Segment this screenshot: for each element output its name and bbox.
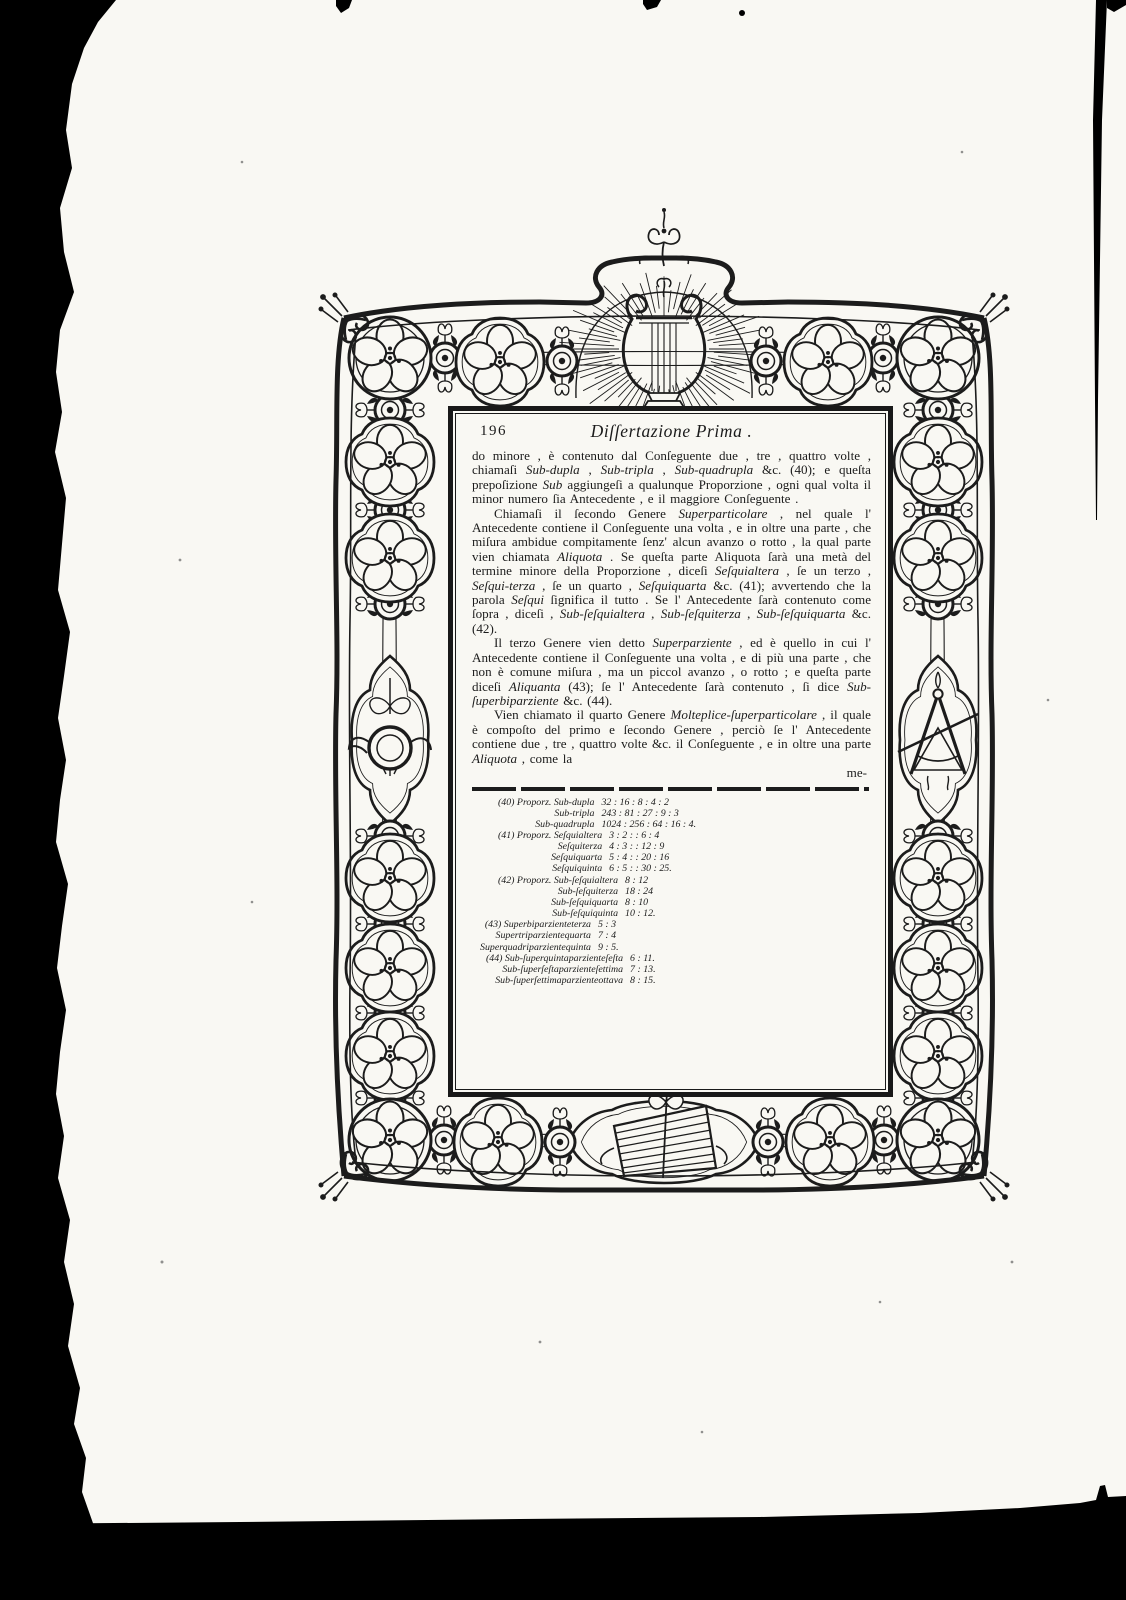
text-run: Il terzo Genere vien detto (494, 635, 652, 650)
italic-term: Sub-ſeſquialtera (560, 606, 645, 621)
top-right-mark (1107, 0, 1126, 12)
footnote-term: Seſquiquarta (498, 852, 602, 863)
footnote-ratio: 7 : 13. (630, 964, 656, 975)
footnote-block: (40) Proporz. Sub-dupla32 : 16 : 8 : 4 :… (498, 797, 871, 830)
text-run: , (654, 462, 675, 477)
footnote-ratio: 4 : 3 : : 12 : 9 (609, 841, 672, 852)
footnote-term: Supertriparzientequarta (480, 930, 591, 941)
italic-term: Sub-dupla (526, 462, 580, 477)
footnote-term: (44) Sub-ſuperquintaparzienteſeſta (486, 953, 623, 964)
text-run: , ſe un quarto , (535, 578, 638, 593)
text-run: &c. (44). (559, 693, 613, 708)
footnote-ratio: 5 : 3 (598, 919, 619, 930)
footnote-term: (40) Proporz. Sub-dupla (498, 797, 594, 808)
top-speck-1 (336, 0, 352, 13)
footnote-term: Sub-ſeſquiquinta (498, 908, 618, 919)
footnote-term: Sub-quadrupla (498, 819, 594, 830)
italic-term: Sub (543, 477, 563, 492)
italic-term: Molteplice-ſuperparticolare (670, 707, 816, 722)
footnotes: (40) Proporz. Sub-dupla32 : 16 : 8 : 4 :… (472, 797, 871, 987)
torn-left-edge (0, 0, 116, 1526)
text-run: (43); ſe l' Antecedente ſarà contenuto ,… (560, 679, 847, 694)
footnote-term: Superquadriparzientequinta (480, 942, 591, 953)
text-run: , ſe un terzo , (779, 563, 871, 578)
footnote-term: Sub-ſuperſeſtaparzienteſettima (486, 964, 623, 975)
italic-term: Sub-quadrupla (675, 462, 754, 477)
text-run: Vien chiamato il quarto Genere (494, 707, 670, 722)
footnote-ratio: 9 : 5. (598, 942, 619, 953)
footnote-term: (43) Superbiparzienteterza (480, 919, 591, 930)
footnote-ratio: 18 : 24 (625, 886, 655, 897)
italic-term: Aliquota (472, 751, 517, 766)
body-paragraphs: do minore , è contenuto dal Conſeguente … (472, 449, 871, 766)
text-block: 196 Diſſertazione Prima . do minore , è … (448, 406, 893, 1097)
italic-term: Sub-ſeſquiquarta (757, 606, 846, 621)
footnote-term: Seſquiquinta (498, 863, 602, 874)
footnote-block: (41) Proporz. Seſquialtera3 : 2 : : 6 : … (498, 830, 871, 875)
italic-term: Superparziente (652, 635, 731, 650)
paragraph: Chiamaſi il ſecondo Genere Superparticol… (472, 507, 871, 637)
italic-term: Aliquanta (509, 679, 561, 694)
footnote-term: (41) Proporz. Seſquialtera (498, 830, 602, 841)
footnote-term: Seſquiterza (498, 841, 602, 852)
text-run: , (741, 606, 757, 621)
paragraph: Il terzo Genere vien detto Superparzient… (472, 636, 871, 708)
footnote-term: Sub-ſeſquiterza (498, 886, 618, 897)
scanned-book-page: 196 Diſſertazione Prima . do minore , è … (0, 0, 1126, 1600)
text-run: , (580, 462, 601, 477)
italic-term: Seſqui-terza (472, 578, 535, 593)
footnote-term: Sub-ſeſquiquarta (498, 897, 618, 908)
footnote-ratio: 243 : 81 : 27 : 9 : 3 (601, 808, 696, 819)
italic-term: Aliquota (557, 549, 602, 564)
right-gutter-line (1093, 0, 1107, 520)
italic-term: Sub-ſeſquiterza (661, 606, 741, 621)
footnote-ratio: 1024 : 256 : 64 : 16 : 4. (601, 819, 696, 830)
footnote-ratio: 32 : 16 : 8 : 4 : 2 (601, 797, 696, 808)
footnote-block: (43) Superbiparzienteterza5 : 3Supertrip… (480, 919, 871, 952)
paragraph: Vien chiamato il quarto Genere Molteplic… (472, 708, 871, 766)
footnote-term: Sub-tripla (498, 808, 594, 819)
paragraph: do minore , è contenuto dal Conſeguente … (472, 449, 871, 507)
italic-term: Seſquiquarta (639, 578, 707, 593)
text-run: Chiamaſi il ſecondo Genere (494, 506, 678, 521)
page-header: 196 Diſſertazione Prima . (472, 420, 871, 444)
text-run: , (645, 606, 661, 621)
footnote-ratio: 3 : 2 : : 6 : 4 (609, 830, 672, 841)
footnote-term: Sub-ſuperſettimaparzienteottava (486, 975, 623, 986)
footnote-ratio: 8 : 15. (630, 975, 656, 986)
dust-speck (739, 10, 745, 16)
footnote-ratio: 6 : 5 : : 30 : 25. (609, 863, 672, 874)
page-number: 196 (480, 423, 507, 440)
italic-term: Sub-tripla (601, 462, 654, 477)
footnote-ratio: 10 : 12. (625, 908, 655, 919)
footnote-separator (472, 787, 869, 790)
footnote-term: (42) Proporz. Sub-ſeſquialtera (498, 875, 618, 886)
footnote-block: (44) Sub-ſuperquintaparzienteſeſta6 : 11… (486, 953, 871, 986)
footnote-ratio: 8 : 12 (625, 875, 655, 886)
footnote-ratio: 7 : 4 (598, 930, 619, 941)
footnote-ratio: 6 : 11. (630, 953, 656, 964)
italic-term: Superparticolare (678, 506, 767, 521)
bottom-scan-edge (0, 1485, 1126, 1600)
footnote-block: (42) Proporz. Sub-ſeſquialtera8 : 12Sub-… (498, 875, 871, 920)
catchword: me- (472, 766, 871, 780)
footnote-ratio: 5 : 4 : : 20 : 16 (609, 852, 672, 863)
italic-term: Seſquialtera (715, 563, 779, 578)
italic-term: Seſqui (511, 592, 544, 607)
footnote-ratio: 8 : 10 (625, 897, 655, 908)
top-speck-2 (643, 0, 661, 10)
text-run: , come la (517, 751, 572, 766)
running-title: Diſſertazione Prima . (472, 420, 871, 442)
